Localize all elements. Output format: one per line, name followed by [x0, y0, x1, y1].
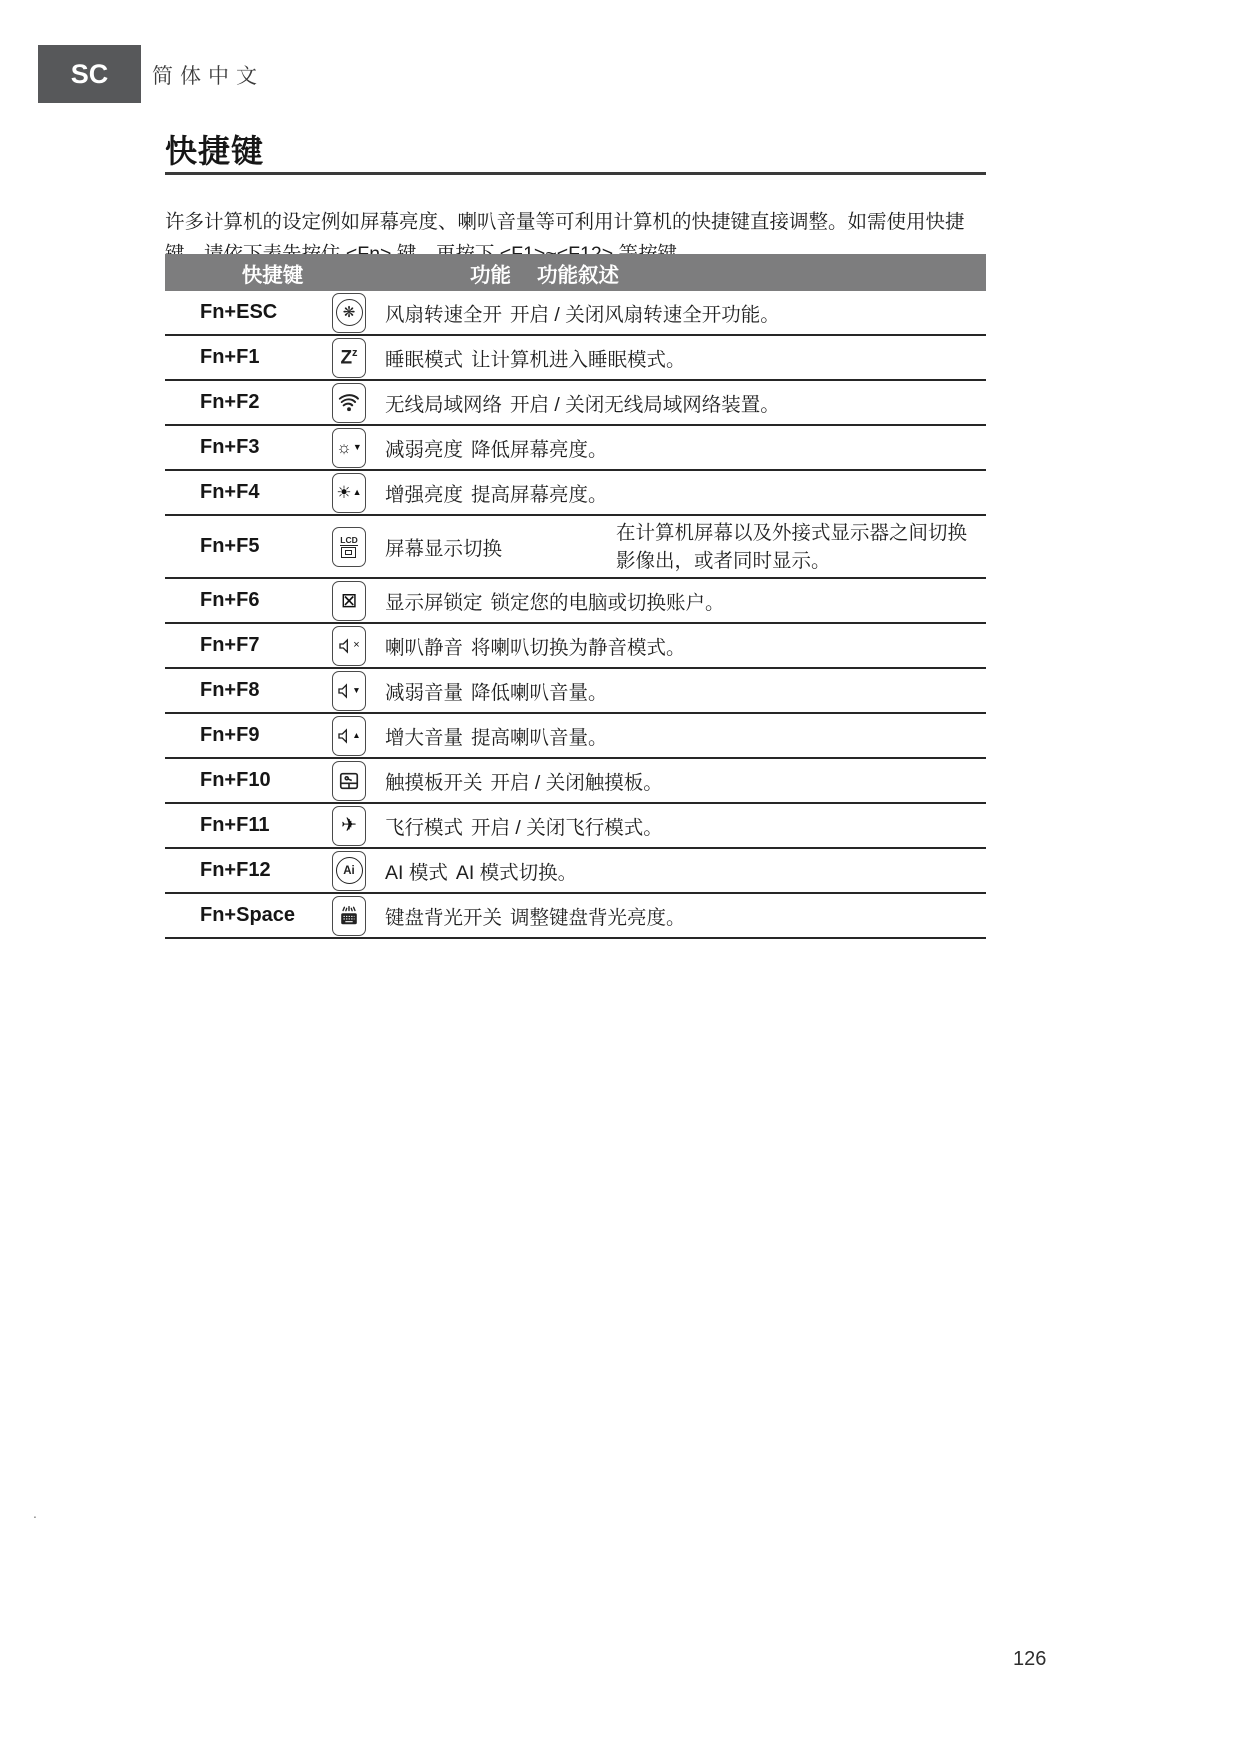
speaker-shape: [337, 728, 353, 744]
hotkey-combo: Fn+F9: [165, 724, 332, 747]
function-description: 降低喇叭音量。: [471, 677, 608, 705]
function-name: 无线局域网络: [385, 389, 502, 417]
table-row: Fn+ESC ❋ 风扇转速全开 开启 / 关闭风扇转速全开功能。: [165, 291, 986, 336]
function-name: 增大音量: [385, 722, 463, 750]
hotkey-combo: Fn+F7: [165, 634, 332, 657]
brightness-up-icon: ☀▲: [332, 473, 366, 513]
function-name: 睡眠模式: [385, 344, 463, 372]
hotkey-combo: Fn+F4: [165, 481, 332, 504]
header-hotkey: 快捷键: [165, 258, 380, 288]
function-name: 屏幕显示切换: [385, 533, 616, 561]
function-description: 调整键盘背光亮度。: [510, 902, 686, 930]
function-name: 减弱亮度: [385, 434, 463, 462]
hotkey-combo: Fn+F3: [165, 436, 332, 459]
monitor-shape: [341, 547, 356, 558]
hotkey-combo: Fn+F5: [165, 535, 332, 558]
table-row: Fn+F2 无线局域网络 开启 / 关闭无线局域网络装置。: [165, 381, 986, 426]
header-function: 功能: [470, 258, 511, 288]
sleep-icon: Zz: [332, 338, 366, 378]
language-badge: SC: [38, 45, 141, 103]
stray-mark: .: [33, 1505, 37, 1521]
header-description: 功能叙述: [537, 258, 619, 288]
hotkey-combo: Fn+F2: [165, 391, 332, 414]
hotkey-combo: Fn+F12: [165, 859, 332, 882]
boxed-x-glyph: ⊠: [341, 591, 358, 611]
table-row: Fn+F8 ▼ 减弱音量 降低喇叭音量。: [165, 669, 986, 714]
page-number: 126: [1013, 1648, 1046, 1671]
table-row: Fn+F11 ✈ 飞行模式 开启 / 关闭飞行模式。: [165, 804, 986, 849]
wifi-arcs: [338, 391, 361, 414]
wireless-lan-icon: [332, 383, 366, 423]
function-description: 降低屏幕亮度。: [471, 434, 608, 462]
lcd-glyph: LCD: [340, 535, 357, 558]
volume-up-icon: ▲: [332, 716, 366, 756]
function-description: 让计算机进入睡眠模式。: [471, 344, 686, 372]
hotkey-table: 快捷键 功能 功能叙述 Fn+ESC ❋ 风扇转速全开 开启 / 关闭风扇转速全…: [165, 254, 986, 939]
table-row: Fn+F1 Zz 睡眠模式 让计算机进入睡眠模式。: [165, 336, 986, 381]
hotkey-combo: Fn+F8: [165, 679, 332, 702]
up-triangle: ▲: [353, 488, 362, 497]
function-name: 显示屏锁定: [385, 587, 483, 615]
table-row: Fn+F7 × 喇叭静音 将喇叭切换为静音模式。: [165, 624, 986, 669]
fan-circle: ❋: [336, 299, 363, 326]
speaker-shape: [338, 638, 354, 654]
hotkey-combo: Fn+Space: [165, 904, 332, 927]
table-row: Fn+F6 ⊠ 显示屏锁定 锁定您的电脑或切换账户。: [165, 579, 986, 624]
touchpad-shape: [338, 770, 360, 792]
function-description: 提高喇叭音量。: [471, 722, 608, 750]
down-triangle: ▼: [353, 443, 362, 452]
function-name: 减弱音量: [385, 677, 463, 705]
hotkey-combo: Fn+ESC: [165, 301, 332, 324]
function-description: 将喇叭切换为静音模式。: [471, 632, 686, 660]
table-header-row: 快捷键 功能 功能叙述: [165, 254, 986, 291]
table-row: Fn+F5 LCD 屏幕显示切换 在计算机屏幕以及外接式显示器之间切换影像出，或…: [165, 516, 986, 579]
lcd-text: LCD: [340, 535, 357, 546]
language-label: 简体中文: [152, 60, 264, 90]
hotkey-combo: Fn+F11: [165, 814, 332, 837]
function-name: 触摸板开关: [385, 767, 483, 795]
speaker-mute-icon: ×: [332, 626, 366, 666]
airplane-mode-icon: ✈: [332, 806, 366, 846]
sleep-zz-glyph: Zz: [340, 348, 357, 367]
manual-page: SC 简体中文 快捷键 许多计算机的设定例如屏幕亮度、喇叭音量等可利用计算机的快…: [0, 0, 1241, 1754]
hotkey-combo: Fn+F1: [165, 346, 332, 369]
function-description: 锁定您的电脑或切换账户。: [491, 587, 725, 615]
ai-mode-icon: Ai: [332, 851, 366, 891]
mute-x: ×: [353, 640, 359, 651]
fan-blades: ❋: [343, 305, 356, 320]
function-name: 喇叭静音: [385, 632, 463, 660]
hotkey-combo: Fn+F6: [165, 589, 332, 612]
function-description: 开启 / 关闭无线局域网络装置。: [510, 389, 780, 417]
keyboard-backlight-icon: [332, 896, 366, 936]
touchpad-toggle-icon: [332, 761, 366, 801]
ai-circle-glyph: Ai: [336, 857, 363, 884]
function-description: 提高屏幕亮度。: [471, 479, 608, 507]
table-row: Fn+F12 Ai AI 模式 AI 模式切换。: [165, 849, 986, 894]
sun-outline-glyph: ☼: [336, 439, 352, 456]
table-row: Fn+F10 触摸板开关 开启 / 关闭触摸板。: [165, 759, 986, 804]
up-triangle: ▲: [352, 731, 360, 740]
keyboard-backlight-shape: [338, 904, 360, 928]
title-divider: [165, 172, 986, 175]
page-title: 快捷键: [165, 126, 264, 172]
display-switch-icon: LCD: [332, 527, 366, 567]
airplane-glyph: ✈: [341, 816, 357, 835]
function-description: 开启 / 关闭风扇转速全开功能。: [510, 299, 780, 327]
function-name: 增强亮度: [385, 479, 463, 507]
speaker-shape: [337, 683, 353, 699]
function-name: 飞行模式: [385, 812, 463, 840]
function-description: 开启 / 关闭触摸板。: [491, 767, 663, 795]
down-triangle: ▼: [352, 686, 360, 695]
table-row: Fn+Space: [165, 894, 986, 939]
hotkey-combo: Fn+F10: [165, 769, 332, 792]
display-lock-icon: ⊠: [332, 581, 366, 621]
sun-filled-glyph: ☀: [336, 484, 351, 501]
function-description: 在计算机屏幕以及外接式显示器之间切换影像出，或者同时显示。: [616, 519, 972, 575]
table-row: Fn+F3 ☼▼ 减弱亮度 降低屏幕亮度。: [165, 426, 986, 471]
table-row: Fn+F4 ☀▲ 增强亮度 提高屏幕亮度。: [165, 471, 986, 516]
function-description: 开启 / 关闭飞行模式。: [471, 812, 663, 840]
fan-icon: ❋: [332, 293, 366, 333]
function-name: 风扇转速全开: [385, 299, 502, 327]
brightness-down-icon: ☼▼: [332, 428, 366, 468]
table-row: Fn+F9 ▲ 增大音量 提高喇叭音量。: [165, 714, 986, 759]
function-description: AI 模式切换。: [456, 857, 577, 885]
volume-down-icon: ▼: [332, 671, 366, 711]
function-name: 键盘背光开关: [385, 902, 502, 930]
function-name: AI 模式: [385, 857, 448, 885]
